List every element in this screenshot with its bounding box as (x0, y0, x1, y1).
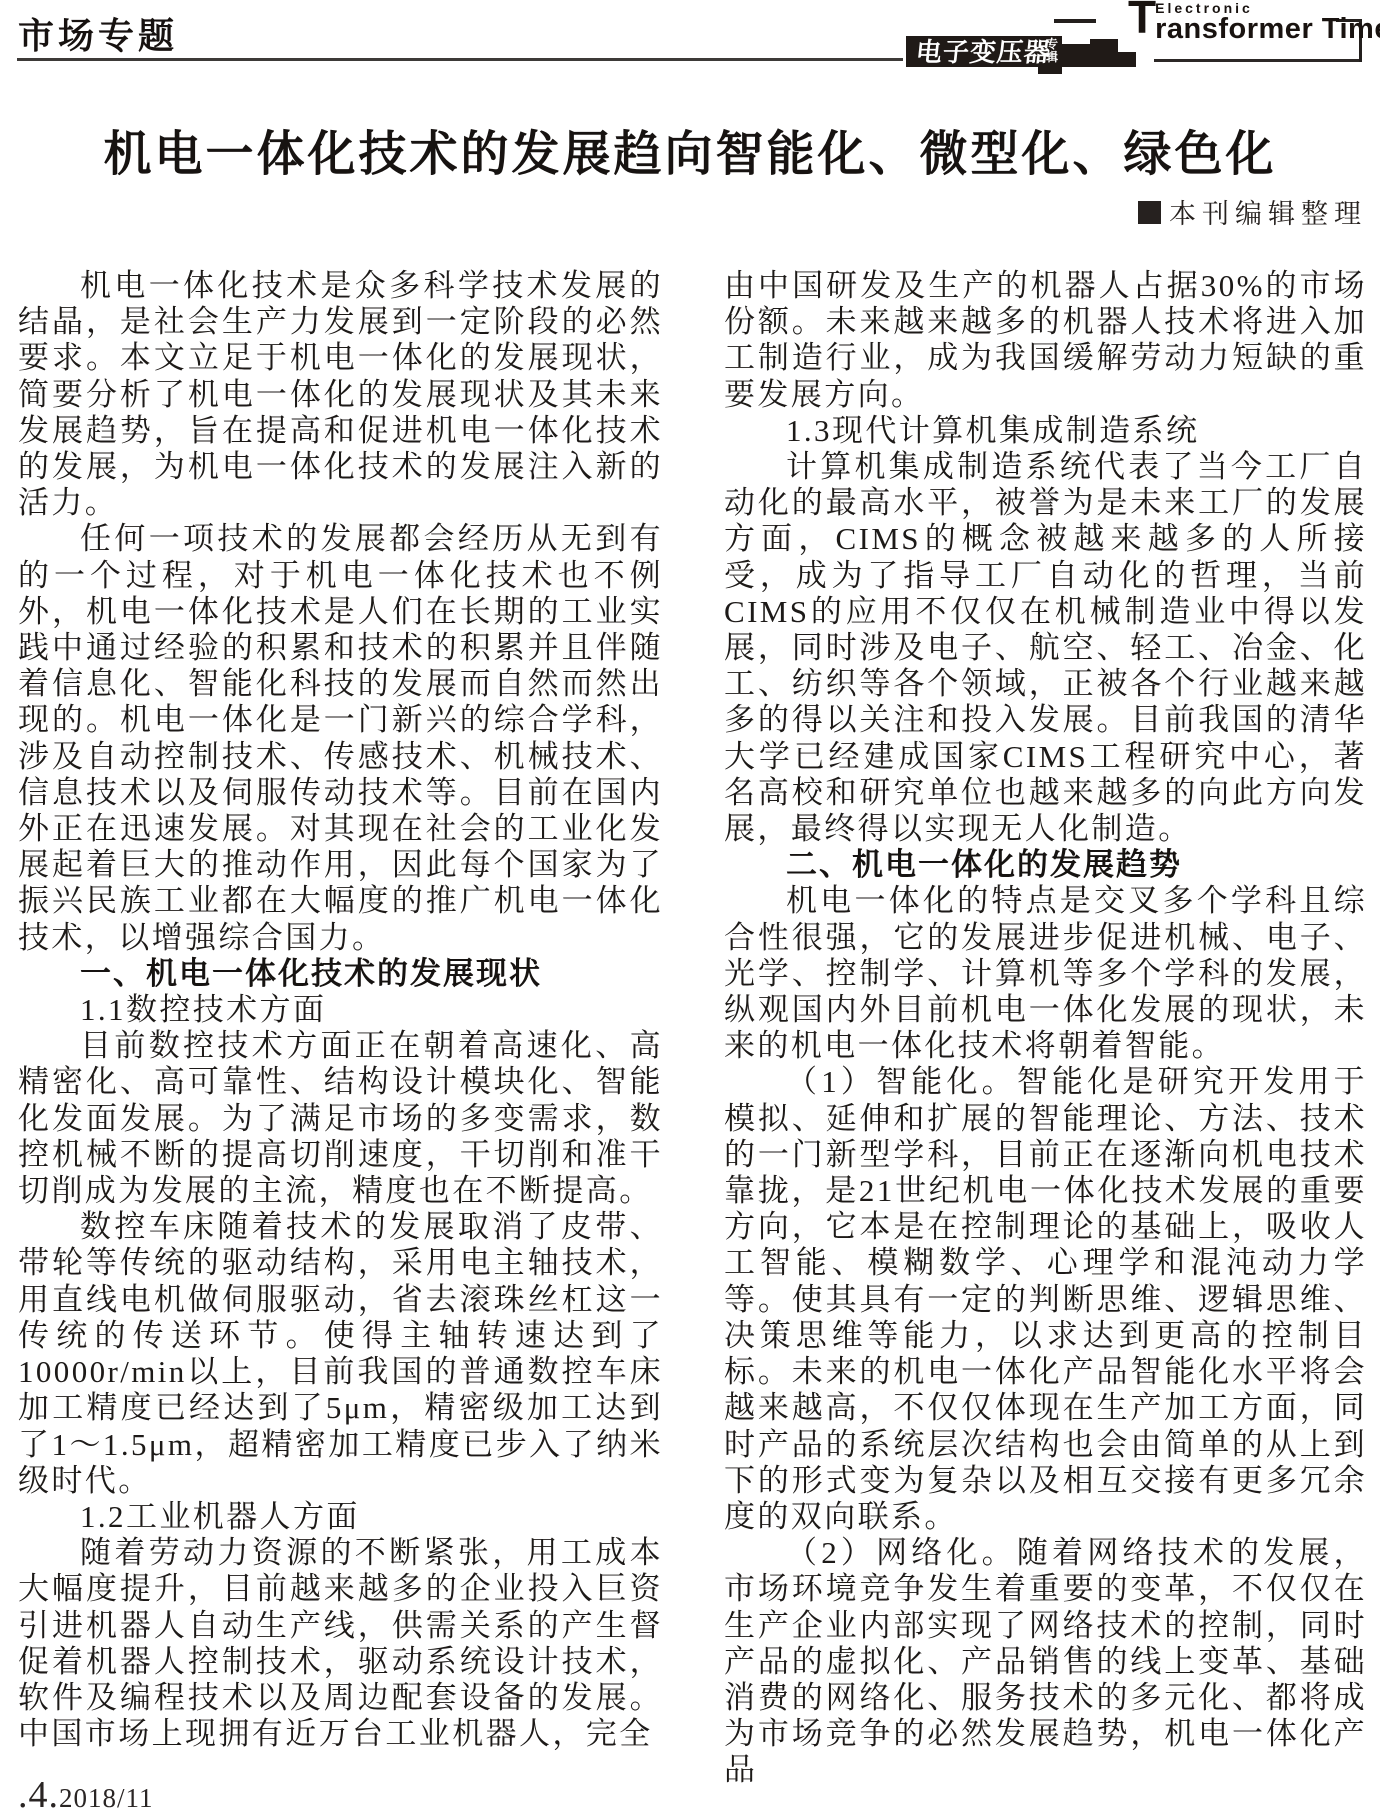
masthead-chinese-label: 电子变压器 (915, 39, 1048, 65)
masthead-banner-icon (0, 0, 1380, 90)
body-paragraph: 随着劳动力资源的不断紧张，用工成本大幅度提升，目前越来越多的企业投入巨资引进机器… (18, 1535, 663, 1752)
article-title: 机电一体化技术的发展趋向智能化、微型化、绿色化 (0, 127, 1380, 182)
body-paragraph: 数控车床随着技术的发展取消了皮带、带轮等传统的驱动结构，采用电主轴技术，用直线电… (18, 1209, 663, 1499)
issue-label: 2018/11 (59, 1783, 154, 1813)
body-paragraph: 机电一体化的特点是交叉多个学科且综合性很强，它的发展进步促进机械、电子、光学、控… (724, 883, 1367, 1064)
body-paragraph: 由中国研发及生产的机器人占据30%的市场份额。未来越来越多的机器人技术将进入加工… (724, 268, 1367, 413)
byline-square-icon (1138, 201, 1161, 224)
section-heading: 一、机电一体化技术的发展现状 (18, 956, 663, 992)
body-paragraph: （2）网络化。随着网络技术的发展，市场环境竞争发生着重要的变革，不仅仅在生产企业… (724, 1535, 1367, 1788)
section-heading: 二、机电一体化的发展趋势 (724, 847, 1367, 883)
masthead-chinese-sub-label: 专辑 (1045, 38, 1059, 64)
body-paragraph: 计算机集成制造系统代表了当今工厂自动化的最高水平，被誉为是未来工厂的发展方面，C… (724, 449, 1367, 847)
byline: 本刊编辑整理 (724, 199, 1367, 229)
magazine-page: 市场专题 T Electronic ransformer Times 电子变压器… (0, 0, 1380, 1820)
section-heading: 1.2工业机器人方面 (18, 1499, 663, 1535)
body-paragraph: 机电一体化技术是众多科学技术发展的结晶，是社会生产力发展到一定阶段的必然要求。本… (18, 268, 663, 521)
body-paragraph: 任何一项技术的发展都会经历从无到有的一个过程，对于机电一体化技术也不例外，机电一… (18, 521, 663, 955)
left-column: 机电一体化技术是众多科学技术发展的结晶，是社会生产力发展到一定阶段的必然要求。本… (18, 268, 663, 1752)
page-number: .4. (18, 1774, 59, 1816)
page-footer: .4.2018/11 (18, 1776, 154, 1814)
body-paragraph: （1）智能化。智能化是研究开发用于模拟、延伸和扩展的智能理论、方法、技术的一门新… (724, 1064, 1367, 1535)
body-paragraph: 目前数控技术方面正在朝着高速化、高精密化、高可靠性、结构设计模块化、智能化发面发… (18, 1028, 663, 1209)
right-column: 由中国研发及生产的机器人占据30%的市场份额。未来越来越多的机器人技术将进入加工… (724, 268, 1367, 1789)
section-heading: 1.1数控技术方面 (18, 992, 663, 1028)
byline-text: 本刊编辑整理 (1169, 199, 1367, 229)
section-heading: 1.3现代计算机集成制造系统 (724, 413, 1367, 449)
